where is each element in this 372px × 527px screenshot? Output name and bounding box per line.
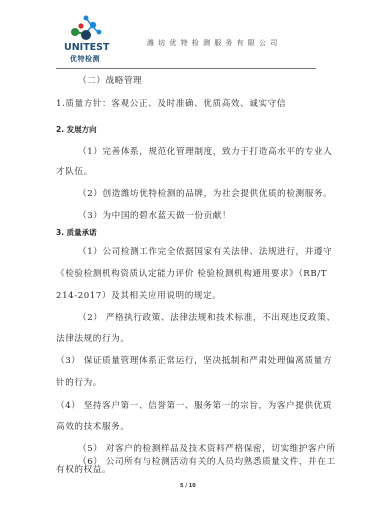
commitment-line: （1）公司检测工作完全依据国家有关法律、法规进行，并遵守: [78, 245, 332, 257]
commitment-line: 214-2017）及其相关应用说明的规定。: [56, 289, 222, 301]
section-title: （二）战略管理: [78, 74, 142, 86]
company-logo: UNITEST 优特检测: [60, 14, 114, 62]
quality-policy: 1.质量方针：客观公正、及时准确、优质高效、诚实守信: [56, 97, 286, 109]
commitment-line: （5） 对客户的检测样品及技术资料严格保密，切实维护客户所: [78, 442, 336, 454]
development-item: （2）创造潍坊优特检测的品牌，为社会提供优质的检测服务。: [78, 187, 332, 199]
molecule-logo-icon: [68, 14, 108, 42]
development-heading: 2. 发展方向: [56, 124, 97, 135]
commitment-line: 高效的技术服务。: [56, 420, 130, 432]
document-page: UNITEST 优特检测 潍坊优特检测服务有限公司 （二）战略管理 1.质量方针…: [0, 0, 372, 527]
commitment-line: （6） 公司所有与检测活动有关的人员均熟悉质量文件，并在工: [78, 455, 336, 467]
commitment-line: （3） 保证质量管理体系正常运行，坚决抵制和严肃处理偏离质量方: [56, 354, 332, 366]
development-item: （1）完善体系，规范化管理制度，致力于打造高水平的专业人: [78, 145, 332, 157]
logo-chinese-text: 优特检测: [70, 54, 100, 64]
commitment-heading: 3. 质量承诺: [56, 227, 97, 238]
company-name: 潍坊优特检测服务有限公司: [147, 38, 281, 48]
development-item: 才队伍。: [56, 165, 93, 177]
commitment-line: 针的行为。: [56, 376, 102, 388]
logo-text: UNITEST: [64, 42, 110, 53]
page-number: 5 / 10: [180, 483, 196, 489]
commitment-line: （4） 坚持客户第一、信誉第一、服务第一的宗旨，为客户提供优质: [56, 399, 332, 411]
commitment-line: （2） 严格执行政策、法律法规和技术标准，不出现违反政策、: [78, 311, 336, 323]
development-item: （3）为中国的碧水蓝天做一份贡献！: [78, 209, 231, 221]
commitment-line: 法律法规的行为。: [56, 332, 130, 344]
header-divider: [56, 68, 316, 69]
commitment-line: 《检验检测机构资质认定能力评价 检验检测机构通用要求》（RB/T: [56, 267, 327, 279]
